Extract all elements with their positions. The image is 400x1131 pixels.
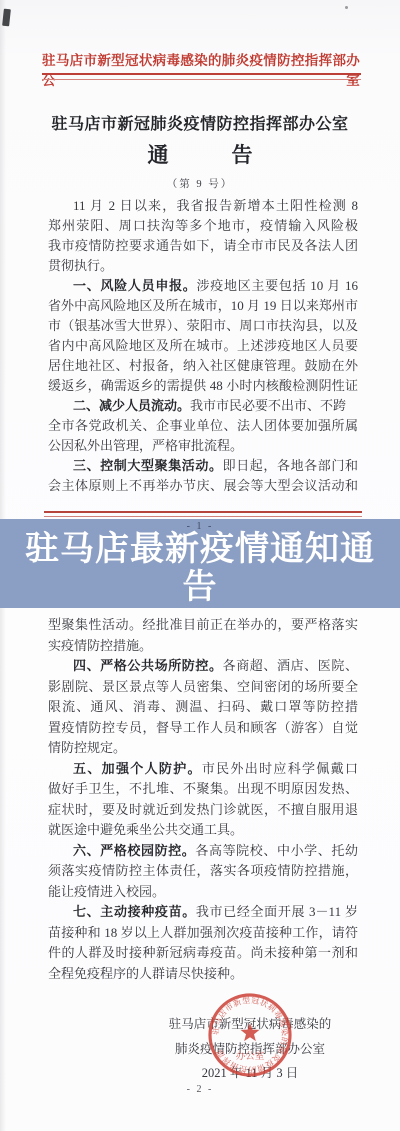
- body-line: 全程免疫程序的人群请尽快接种。: [48, 964, 358, 985]
- body-line: 情防控规定。: [48, 738, 358, 759]
- body-line: 五、加强个人防护。市民外出时应科学佩戴口罩，积极: [48, 759, 358, 780]
- document-photo: 驻马店市新型冠状病毒感染的肺炎疫情防控指挥部办公室 驻马店市新冠肺炎疫情防控指挥…: [0, 0, 400, 1131]
- page2-number: - 2 -: [0, 1084, 400, 1095]
- overlay-title: 驻马店最新疫情通知通告: [12, 530, 388, 606]
- notice-heading: 通 告: [0, 139, 400, 169]
- page1-footer-rule: [44, 511, 362, 517]
- body-line: 全市各党政机关、企事业单位、法人团体要加强所属人员因: [48, 416, 358, 436]
- body-line: 就医途中避免乘坐公共交通工具。: [48, 820, 358, 841]
- body-line: 郑州荥阳、周口扶沟等多个地市，疫情输入风险极高。现将: [48, 216, 358, 236]
- page1-body: 11 月 2 日以来，我省报告新增本土阳性检测 8 例，涉及郑州荥阳、周口扶沟等…: [48, 196, 358, 496]
- body-line: 七、主动接种疫苗。我市已经全面开展 3－11 岁人群疫: [48, 902, 358, 923]
- body-line: 公因私外出管理，严格审批流程。: [48, 436, 358, 456]
- body-line: 六、严格校园防控。各高等院校、中小学、托幼机构必: [48, 841, 358, 862]
- body-line: 11 月 2 日以来，我省报告新增本土阳性检测 8 例，涉及: [48, 196, 358, 216]
- page2-body: 型聚集性活动。经批准目前正在举办的，要严格落实落细落实疫情防控措施。四、严格公共…: [48, 615, 358, 984]
- body-line: 市（银基冰雪大世界）、荥阳市、周口市扶沟县，以及其他: [48, 316, 358, 336]
- body-line: 四、严格公共场所防控。各商超、酒店、医院、展馆、: [48, 656, 358, 677]
- scan-artifact-speck: [345, 6, 348, 9]
- body-line: 居住地社区、村报备，纳入社区健康管理。鼓励在外人员暂: [48, 356, 358, 376]
- body-line: 实疫情防控措施。: [48, 636, 358, 657]
- body-line: 型聚集性活动。经批准目前正在举办的，要严格落实落细落: [48, 615, 358, 636]
- overlay-band: - 1 - 驻马店最新疫情通知通告: [0, 519, 400, 608]
- stamp-star-icon: [240, 1023, 259, 1041]
- body-line: 贯彻执行。: [48, 256, 358, 276]
- body-line: 能让疫情进入校园。: [48, 882, 358, 903]
- body-line: 三、控制大型聚集活动。即日起，各地各部门和其他办: [48, 456, 358, 476]
- body-line: 症状时，要及时就近到发热门诊就医，不擅自服用退烧药物。: [48, 800, 358, 821]
- body-line: 我市疫情防控要求通告如下，请全市市民及各法人团体认真: [48, 236, 358, 256]
- body-line: 做好手卫生，不扎堆、不聚集。出现不明原因发热、咳嗽等: [48, 779, 358, 800]
- body-line: 影剧院、景区景点等人员密集、空间密闭的场所要全面落实: [48, 677, 358, 698]
- body-line: 一、风险人员申报。涉疫地区主要包括 10 月 16 日以来: [48, 276, 358, 296]
- body-line: 会主体原则上不再举办节庆、展会等大型会议活动和其他大: [48, 476, 358, 496]
- body-line: 省内中高风险地区及所在城市。上述涉疫地区人员要立即向: [48, 336, 358, 356]
- document-title: 驻马店市新冠肺炎疫情防控指挥部办公室: [0, 111, 400, 134]
- body-line: 须落实疫情防控主体责任，落实各项疫情防控措施，坚决不: [48, 861, 358, 882]
- body-line: 置疫情防控专员，督导工作人员和顾客（游客）自觉遵守疫: [48, 718, 358, 739]
- body-line: 限流、通风、消毒、测温、扫码、戴口罩等防控措施。要设: [48, 697, 358, 718]
- stamp-label: 办公室: [236, 1050, 265, 1062]
- body-line: 二、减少人员流动。我市市民必要不出市、不跨县区。: [48, 396, 358, 416]
- body-line: 件的人群及时接种新冠病毒疫苗。尚未接种第一剂和未完成: [48, 943, 358, 964]
- notice-number: （第 9 号）: [0, 176, 400, 191]
- scan-artifact-mark: [2, 9, 11, 27]
- letterhead-title: 驻马店市新型冠状病毒感染的肺炎疫情防控指挥部办公室: [42, 49, 360, 89]
- official-stamp: 驻马店市新型冠状病毒感染的肺炎疫情防控指挥部 办公室: [204, 991, 296, 1083]
- letterhead-rule: [42, 73, 361, 80]
- body-line: 省外中高风险地区及所在城市，10 月 19 日以来郑州市新密: [48, 296, 358, 316]
- body-line: 苗接种和 18 岁以上人群加强剂次疫苗接种工作，请符合条: [48, 923, 358, 944]
- body-line: 缓返乡，确需返乡的需提供 48 小时内核酸检测阴性证明。: [48, 376, 358, 396]
